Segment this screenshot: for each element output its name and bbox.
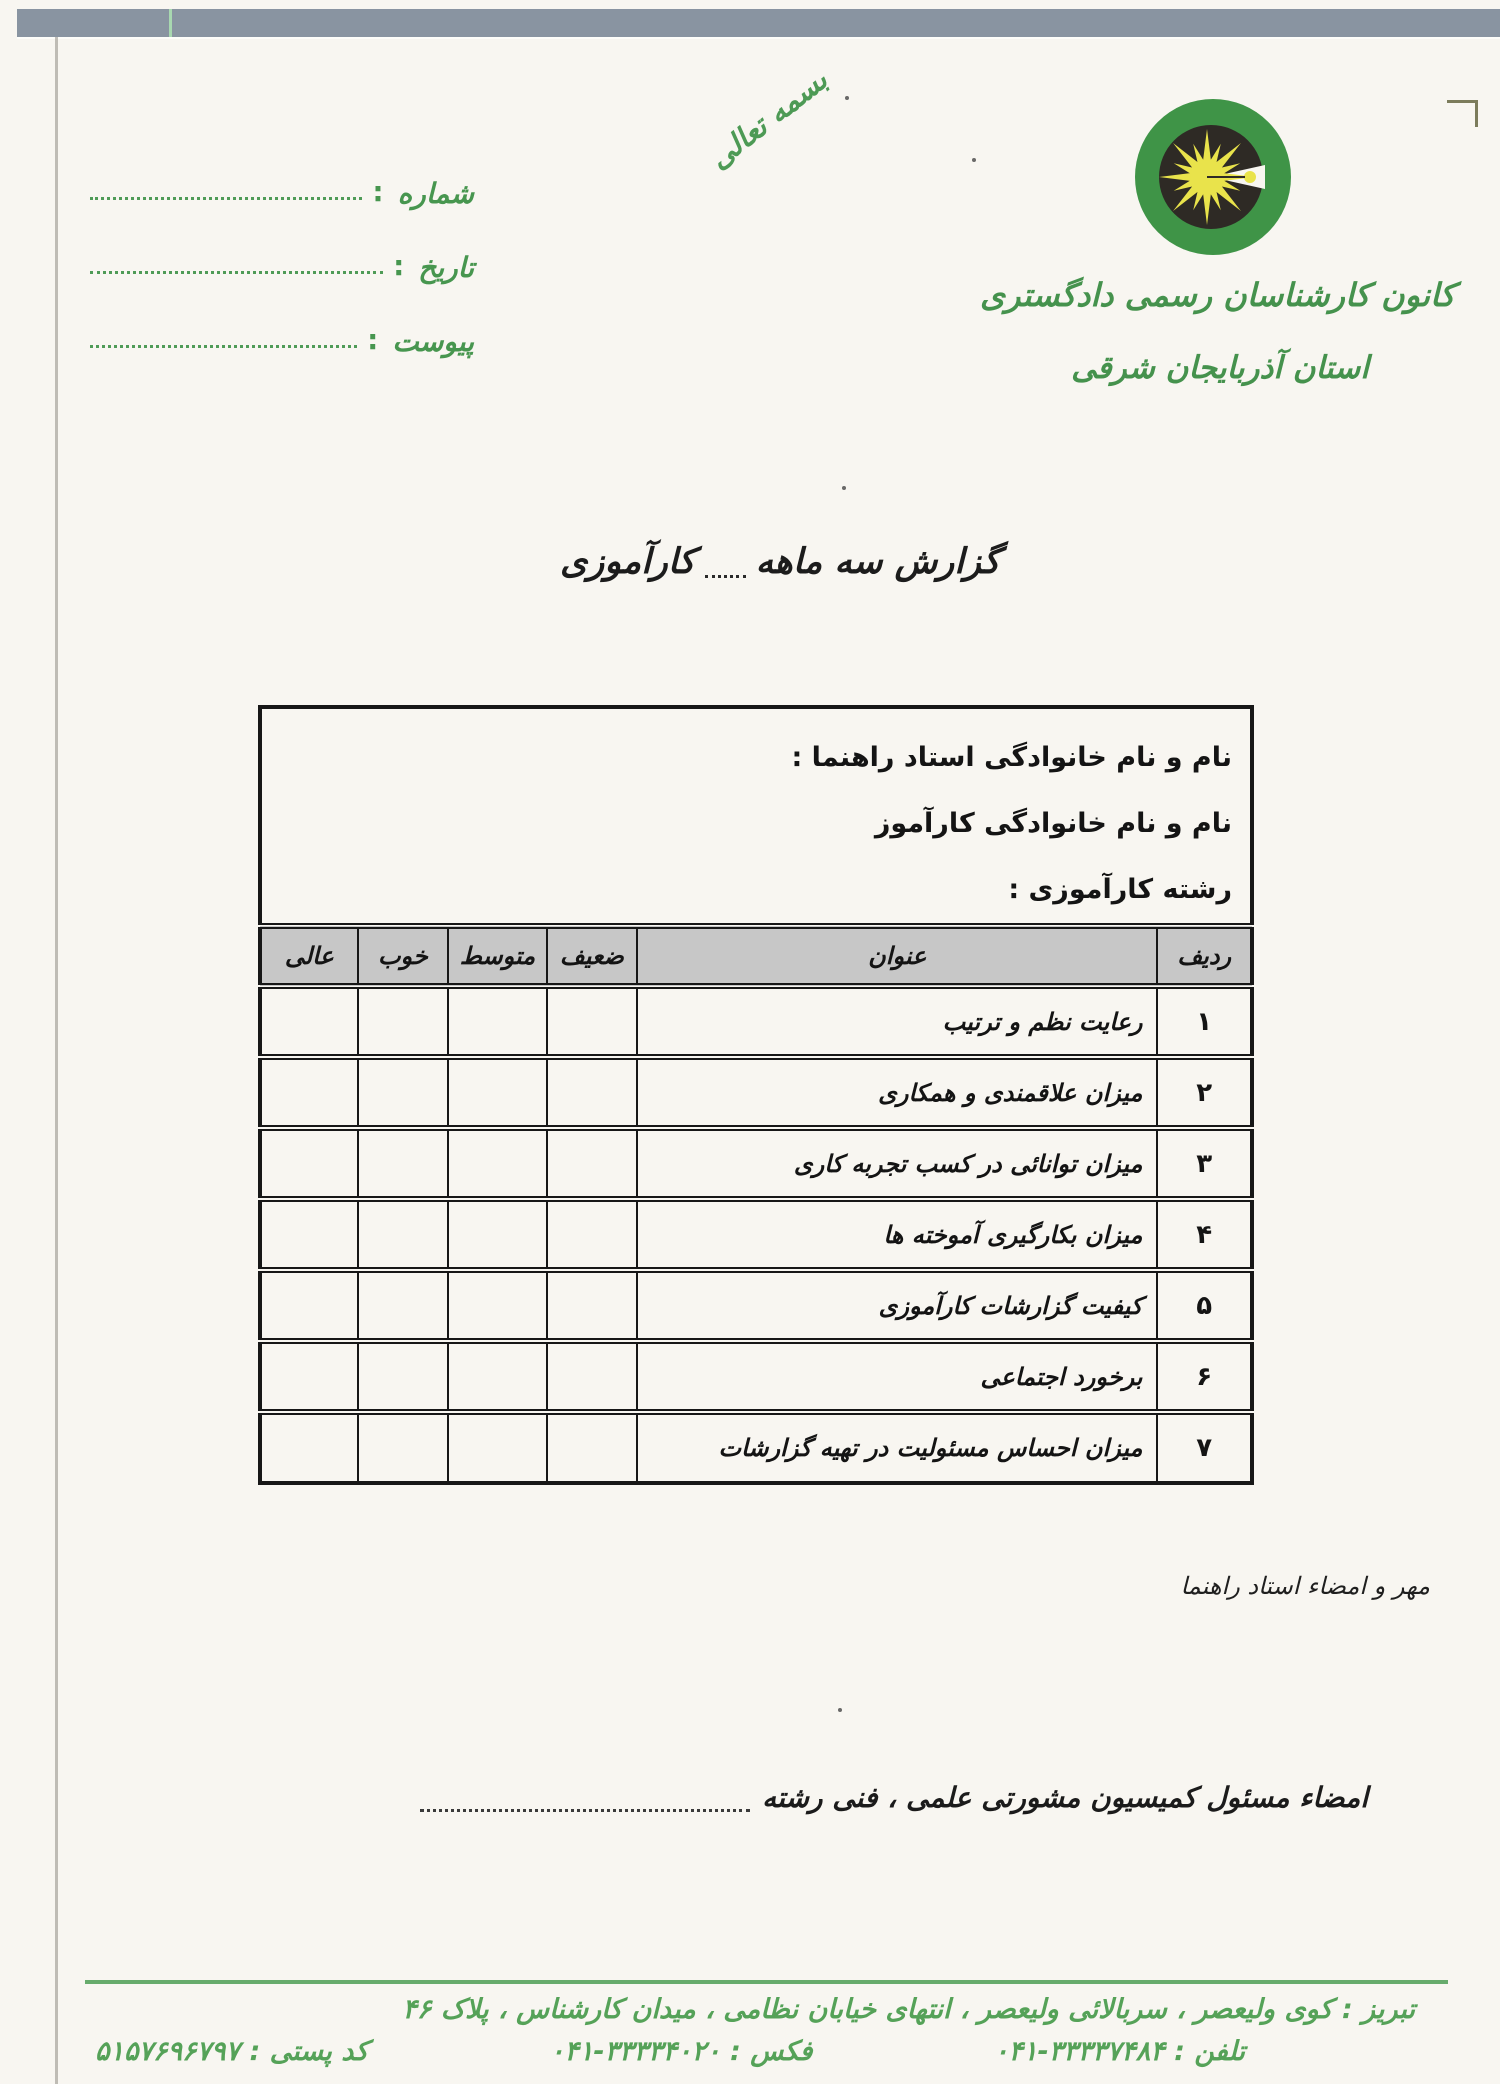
row-number: ۷: [1157, 1412, 1252, 1483]
commission-signature-caption: امضاء مسئول کمیسیون مشورتی علمی ، فنی رش…: [762, 1772, 1368, 1824]
rating-cell-weak: [547, 1199, 637, 1270]
field-attachment-dotted-line: [90, 345, 357, 348]
organization-name-line2: استان آذربایجان شرقی: [985, 332, 1455, 404]
page-edge-shadow: [55, 37, 58, 2084]
rating-cell-medium: [448, 986, 547, 1057]
experts-association-logo-icon: (function(){ var g=document.getElementBy…: [1133, 95, 1293, 259]
field-attachment-colon: :: [367, 323, 378, 356]
header-medium: متوسط: [448, 926, 547, 986]
table-row: ۷ میزان احساس مسئولیت در تهیه گزارشات: [260, 1412, 1252, 1483]
footer-postal: کد پستی : ۵۱۵۷۶۹۶۷۹۷: [95, 2036, 368, 2067]
header-excellent: عالی: [260, 926, 358, 986]
trainee-info-cell: نام و نام خانوادگی استاد راهنما : نام و …: [260, 707, 1252, 926]
field-attachment: پیوست :: [90, 310, 474, 358]
table-row: ۵ کیفیت گزارشات کارآموزی: [260, 1270, 1252, 1341]
title-dotted-blank: [705, 575, 746, 578]
table-row: ۴ میزان بکارگیری آموخته ها: [260, 1199, 1252, 1270]
evaluation-table: نام و نام خانوادگی استاد راهنما : نام و …: [258, 705, 1254, 1485]
rating-cell-medium: [448, 1128, 547, 1199]
dust-speck: [838, 1708, 842, 1712]
rating-cell-good: [358, 1057, 448, 1128]
rating-cell-excellent: [260, 1128, 358, 1199]
row-title: میزان احساس مسئولیت در تهیه گزارشات: [637, 1412, 1157, 1483]
rating-cell-weak: [547, 986, 637, 1057]
rating-cell-good: [358, 986, 448, 1057]
row-number: ۲: [1157, 1057, 1252, 1128]
scanned-form-page: { "letterhead": { "besmele": "بسمه تعالی…: [0, 0, 1500, 2084]
row-number: ۵: [1157, 1270, 1252, 1341]
top-scan-band: [17, 9, 1500, 39]
rating-cell-medium: [448, 1057, 547, 1128]
rating-cell-weak: [547, 1128, 637, 1199]
dust-speck: [842, 486, 846, 490]
row-title: کیفیت گزارشات کارآموزی: [637, 1270, 1157, 1341]
row-number: ۴: [1157, 1199, 1252, 1270]
rating-cell-excellent: [260, 1270, 358, 1341]
rating-cell-medium: [448, 1199, 547, 1270]
rating-cell-medium: [448, 1341, 547, 1412]
footer-address: تبریز : کوی ولیعصر ، سربالائی ولیعصر ، ا…: [95, 1994, 1415, 2025]
footer-phone: تلفن : ۰۴۱-۳۳۳۳۷۴۸۴: [994, 2036, 1245, 2067]
table-row: ۳ میزان توانائی در کسب تجربه کاری: [260, 1128, 1252, 1199]
footer-fax-label: فکس :: [730, 2036, 812, 2067]
footer-fax-number: ۰۴۱-۳۳۳۳۴۰۲۰: [550, 2036, 721, 2067]
footer-contacts: تلفن : ۰۴۱-۳۳۳۳۷۴۸۴ فکس : ۰۴۱-۳۳۳۳۴۰۲۰ ک…: [95, 2036, 1245, 2067]
supervisor-name-label: نام و نام خانوادگی استاد راهنما :: [262, 725, 1232, 791]
table-header-row: ردیف عنوان ضعیف متوسط خوب عالی: [260, 926, 1252, 986]
organization-name: کانون کارشناسان رسمی دادگستری استان آذرب…: [985, 258, 1455, 404]
title-right-part: گزارش سه ماهه: [756, 534, 1000, 590]
field-number-dotted-line: [90, 197, 362, 200]
row-title: برخورد اجتماعی: [637, 1341, 1157, 1412]
reference-fields: شماره : تاریخ : پیوست :: [90, 162, 474, 384]
rating-cell-excellent: [260, 1057, 358, 1128]
scan-band-notch: [169, 9, 172, 37]
rating-cell-good: [358, 1199, 448, 1270]
table-row: ۱ رعایت نظم و ترتیب: [260, 986, 1252, 1057]
row-number: ۱: [1157, 986, 1252, 1057]
row-number: ۶: [1157, 1341, 1252, 1412]
field-number: شماره :: [90, 162, 474, 210]
rating-cell-medium: [448, 1412, 547, 1483]
row-title: میزان توانائی در کسب تجربه کاری: [637, 1128, 1157, 1199]
row-title: میزان علاقمندی و همکاری: [637, 1057, 1157, 1128]
field-date: تاریخ :: [90, 236, 474, 284]
commission-signature-line: امضاء مسئول کمیسیون مشورتی علمی ، فنی رش…: [420, 1772, 1368, 1824]
field-date-dotted-line: [90, 271, 383, 274]
rating-cell-weak: [547, 1412, 637, 1483]
rating-cell-weak: [547, 1057, 637, 1128]
footer-phone-number: ۰۴۱-۳۳۳۳۷۴۸۴: [994, 2036, 1165, 2067]
dust-speck: [972, 158, 976, 162]
field-attachment-label: پیوست: [392, 325, 474, 358]
row-title: میزان بکارگیری آموخته ها: [637, 1199, 1157, 1270]
footer-postal-label: کد پستی :: [249, 2036, 368, 2067]
rating-cell-good: [358, 1128, 448, 1199]
header-weak: ضعیف: [547, 926, 637, 986]
field-date-label: تاریخ: [418, 251, 474, 284]
title-left-part: کارآموزی: [560, 534, 695, 590]
rating-cell-weak: [547, 1341, 637, 1412]
header-item-title: عنوان: [637, 926, 1157, 986]
trainee-info-row: نام و نام خانوادگی استاد راهنما : نام و …: [260, 707, 1252, 926]
footer-fax: فکس : ۰۴۱-۳۳۳۳۴۰۲۰: [550, 2036, 813, 2067]
rating-cell-excellent: [260, 1412, 358, 1483]
rating-cell-weak: [547, 1270, 637, 1341]
dust-speck: [845, 96, 849, 100]
organization-name-line1: کانون کارشناسان رسمی دادگستری: [985, 258, 1455, 332]
training-field-label: رشته کارآموزی :: [262, 857, 1232, 923]
besmele-calligraphy: بسمه تعالی: [694, 56, 841, 181]
header-good: خوب: [358, 926, 448, 986]
document-title: گزارش سه ماهه کارآموزی: [560, 534, 1000, 590]
field-date-colon: :: [393, 249, 404, 282]
row-number: ۳: [1157, 1128, 1252, 1199]
rating-cell-medium: [448, 1270, 547, 1341]
table-row: ۶ برخورد اجتماعی: [260, 1341, 1252, 1412]
rating-cell-excellent: [260, 1199, 358, 1270]
trainee-name-label: نام و نام خانوادگی کارآموز: [262, 791, 1232, 857]
commission-signature-dotted-line: [420, 1809, 750, 1812]
table-row: ۲ میزان علاقمندی و همکاری: [260, 1057, 1252, 1128]
rating-cell-good: [358, 1270, 448, 1341]
rating-cell-good: [358, 1412, 448, 1483]
header-row-number: ردیف: [1157, 926, 1252, 986]
row-title: رعایت نظم و ترتیب: [637, 986, 1157, 1057]
footer-divider-rule: [85, 1980, 1448, 1984]
supervisor-signature-caption: مهر و امضاء استاد راهنما: [1170, 1572, 1430, 1600]
corner-crop-mark: [1447, 100, 1478, 127]
rating-cell-excellent: [260, 1341, 358, 1412]
field-number-label: شماره: [398, 177, 474, 210]
rating-cell-good: [358, 1341, 448, 1412]
footer-postal-code: ۵۱۵۷۶۹۶۷۹۷: [95, 2036, 240, 2067]
footer-phone-label: تلفن :: [1174, 2036, 1245, 2067]
field-number-colon: :: [372, 175, 383, 208]
rating-cell-excellent: [260, 986, 358, 1057]
